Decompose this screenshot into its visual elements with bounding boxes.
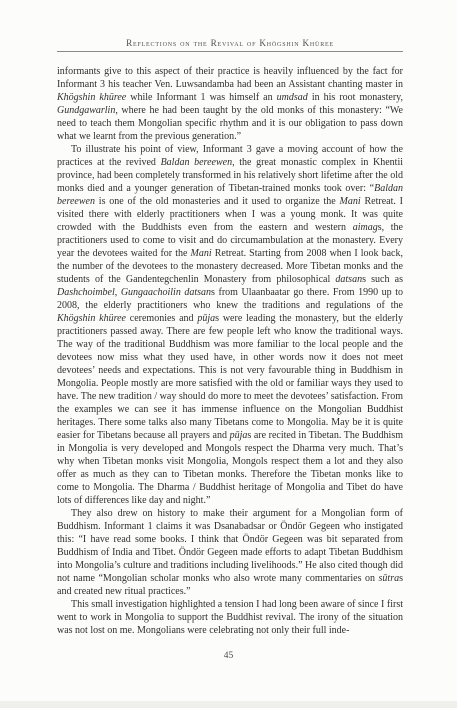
italic-term: pūja [197,313,215,324]
italic-term: Gungaachoilin datsan [121,287,211,298]
text-run: while Informant 1 was himself an [126,92,276,103]
italic-term: aimag [353,222,378,233]
text-run: s were leading the monastery, but the el… [57,313,403,441]
text-run: informants give to this aspect of their … [57,66,403,90]
italic-term: Mani [191,248,212,259]
italic-term: sūtra [379,573,400,584]
italic-term: Gundgawarlin [57,105,115,116]
scanned-page: Reflections on the Revival of Khögshin K… [0,0,457,708]
italic-term: Baldan bereewen [161,157,233,168]
paragraph: To illustrate his point of view, Informa… [57,143,403,507]
text-run: This small investigation highlighted a t… [57,599,403,636]
page-number: 45 [0,651,457,661]
header-rule [57,51,403,52]
italic-term: umdsad [277,92,308,103]
text-run: s are recited in Tibetan. The Buddhism i… [57,430,403,506]
italic-term: pūja [230,430,248,441]
text-block: informants give to this aspect of their … [57,65,403,637]
italic-term: Khögshin khüree [57,313,126,324]
text-run: s such as [362,274,403,285]
paragraph: They also drew on history to make their … [57,507,403,598]
italic-term: Khögshin khüree [57,92,126,103]
italic-term: datsan [335,274,362,285]
italic-term: Dashchoimbel [57,287,115,298]
text-run: ceremonies and [126,313,197,324]
text-run: They also drew on history to make their … [57,508,403,584]
running-head: Reflections on the Revival of Khögshin K… [57,38,403,51]
paragraph: informants give to this aspect of their … [57,65,403,143]
text-run: is one of the old monasteries and it use… [95,196,340,207]
text-run: in his root monastery, [308,92,403,103]
scan-edge [0,701,457,708]
italic-term: Mani [340,196,361,207]
content-frame: Reflections on the Revival of Khögshin K… [57,0,403,637]
paragraph: This small investigation highlighted a t… [57,598,403,637]
